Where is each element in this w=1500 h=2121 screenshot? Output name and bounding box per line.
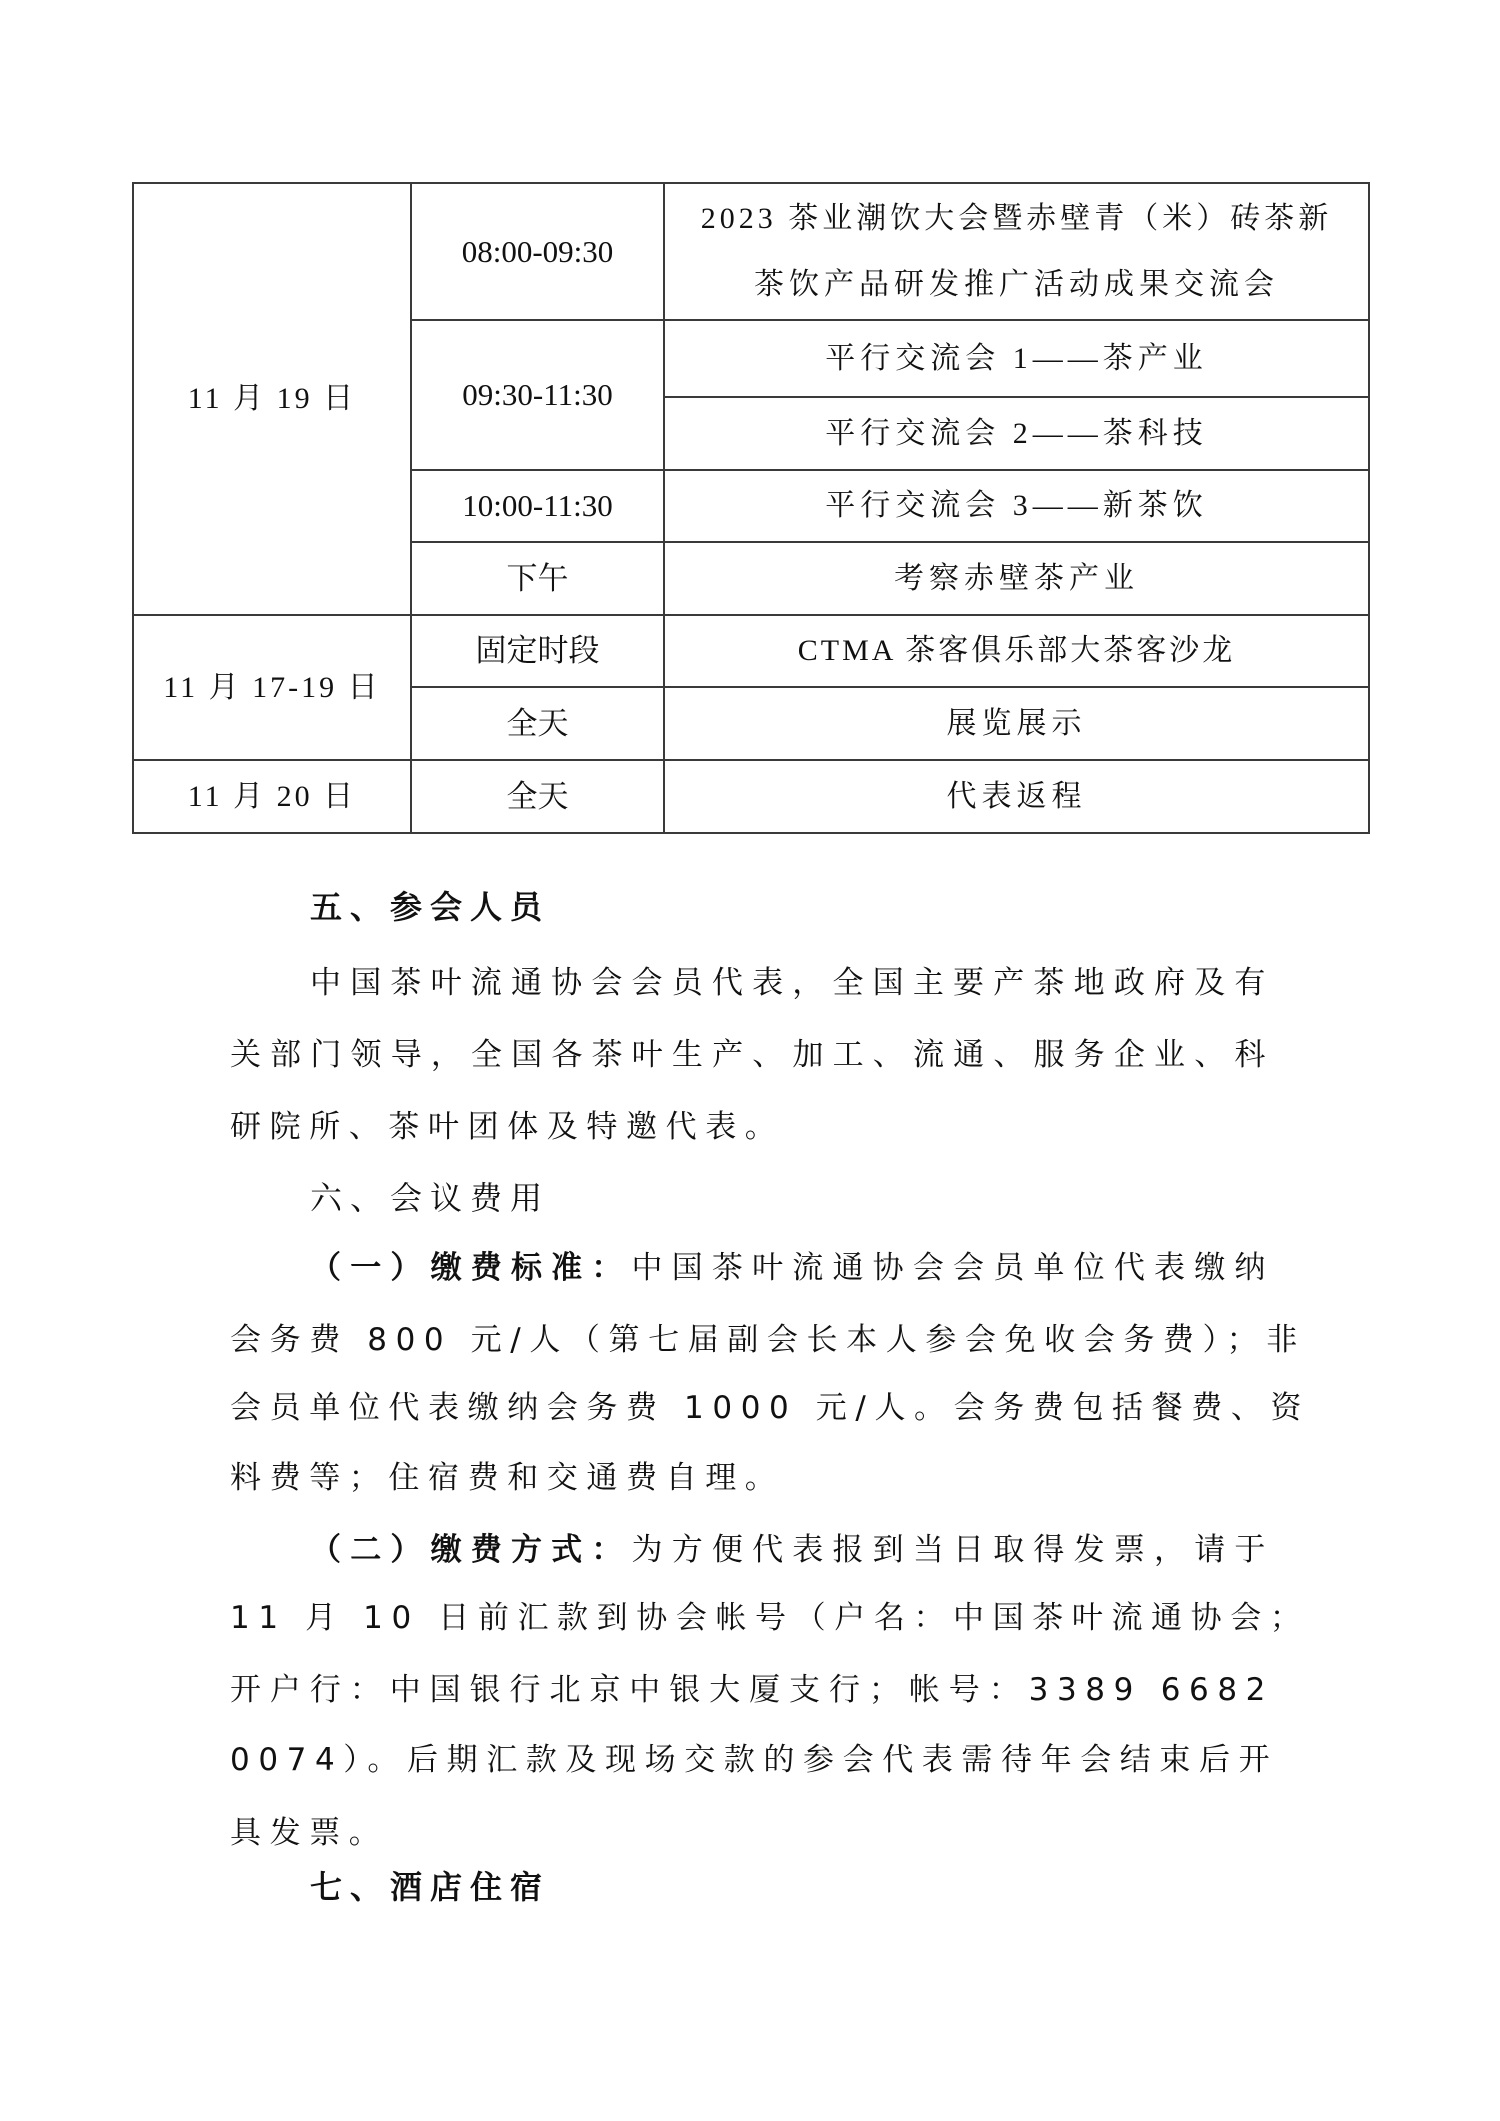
time-cell: 固定时段 — [411, 615, 664, 687]
paragraph-line: 中国茶叶流通协会会员代表，全国主要产茶地政府及有 — [310, 961, 1274, 1005]
table-row: 11 月 20 日 全天 代表返程 — [133, 760, 1369, 833]
table-row: 11 月 19 日 08:00-09:30 2023 茶业潮饮大会暨赤壁青（米）… — [133, 183, 1369, 320]
paragraph-line: （一）缴费标准：中国茶叶流通协会会员单位代表缴纳 — [310, 1246, 1274, 1290]
fee-payment-label: （二）缴费方式： — [310, 1532, 632, 1568]
document-page: 11 月 19 日 08:00-09:30 2023 茶业潮饮大会暨赤壁青（米）… — [0, 0, 1500, 2121]
event-cell: CTMA 茶客俱乐部大茶客沙龙 — [664, 615, 1369, 687]
schedule-table: 11 月 19 日 08:00-09:30 2023 茶业潮饮大会暨赤壁青（米）… — [132, 182, 1370, 834]
event-line: 茶饮产品研发推广活动成果交流会 — [665, 252, 1368, 318]
section-heading-fees: 六、会议费用 — [310, 1176, 550, 1220]
time-cell: 全天 — [411, 760, 664, 833]
event-cell: 考察赤壁茶产业 — [664, 542, 1369, 615]
time-cell: 09:30-11:30 — [411, 320, 664, 470]
date-cell: 11 月 19 日 — [133, 183, 411, 615]
event-cell: 平行交流会 1——茶产业 — [664, 320, 1369, 397]
event-cell: 平行交流会 2——茶科技 — [664, 397, 1369, 470]
event-cell: 平行交流会 3——新茶饮 — [664, 470, 1369, 542]
fee-standard-label: （一）缴费标准： — [310, 1250, 632, 1286]
section-heading-attendees: 五、参会人员 — [310, 885, 550, 929]
paragraph-line: 会员单位代表缴纳会务费 1000 元/人。会务费包括餐费、资 — [230, 1386, 1274, 1430]
paragraph-line: 关部门领导，全国各茶叶生产、加工、流通、服务企业、科 — [230, 1033, 1274, 1077]
paragraph-line: 料费等；住宿费和交通费自理。 — [230, 1456, 1274, 1500]
event-cell: 展览展示 — [664, 687, 1369, 760]
paragraph-line: 研院所、茶叶团体及特邀代表。 — [230, 1105, 1274, 1149]
fee-standard-text: 中国茶叶流通协会会员单位代表缴纳 — [632, 1250, 1274, 1286]
section-heading-hotel: 七、酒店住宿 — [310, 1865, 550, 1909]
paragraph-line: 开户行：中国银行北京中银大厦支行；帐号：3389 6682 — [230, 1668, 1274, 1712]
event-cell: 2023 茶业潮饮大会暨赤壁青（米）砖茶新 茶饮产品研发推广活动成果交流会 — [664, 183, 1369, 320]
date-cell: 11 月 20 日 — [133, 760, 411, 833]
time-cell: 下午 — [411, 542, 664, 615]
event-cell: 代表返程 — [664, 760, 1369, 833]
paragraph-line: 11 月 10 日前汇款到协会帐号（户名：中国茶叶流通协会； — [230, 1596, 1274, 1640]
time-cell: 08:00-09:30 — [411, 183, 664, 320]
paragraph-line: （二）缴费方式：为方便代表报到当日取得发票，请于 — [310, 1528, 1274, 1572]
paragraph-line: 0074）。后期汇款及现场交款的参会代表需待年会结束后开 — [230, 1738, 1274, 1782]
time-cell: 全天 — [411, 687, 664, 760]
paragraph-line: 会务费 800 元/人（第七届副会长本人参会免收会务费）；非 — [230, 1318, 1274, 1362]
event-line: 2023 茶业潮饮大会暨赤壁青（米）砖茶新 — [665, 186, 1368, 252]
fee-payment-text: 为方便代表报到当日取得发票，请于 — [632, 1532, 1274, 1568]
paragraph-line: 具发票。 — [230, 1811, 1274, 1855]
date-cell: 11 月 17-19 日 — [133, 615, 411, 760]
table-row: 11 月 17-19 日 固定时段 CTMA 茶客俱乐部大茶客沙龙 — [133, 615, 1369, 687]
time-cell: 10:00-11:30 — [411, 470, 664, 542]
